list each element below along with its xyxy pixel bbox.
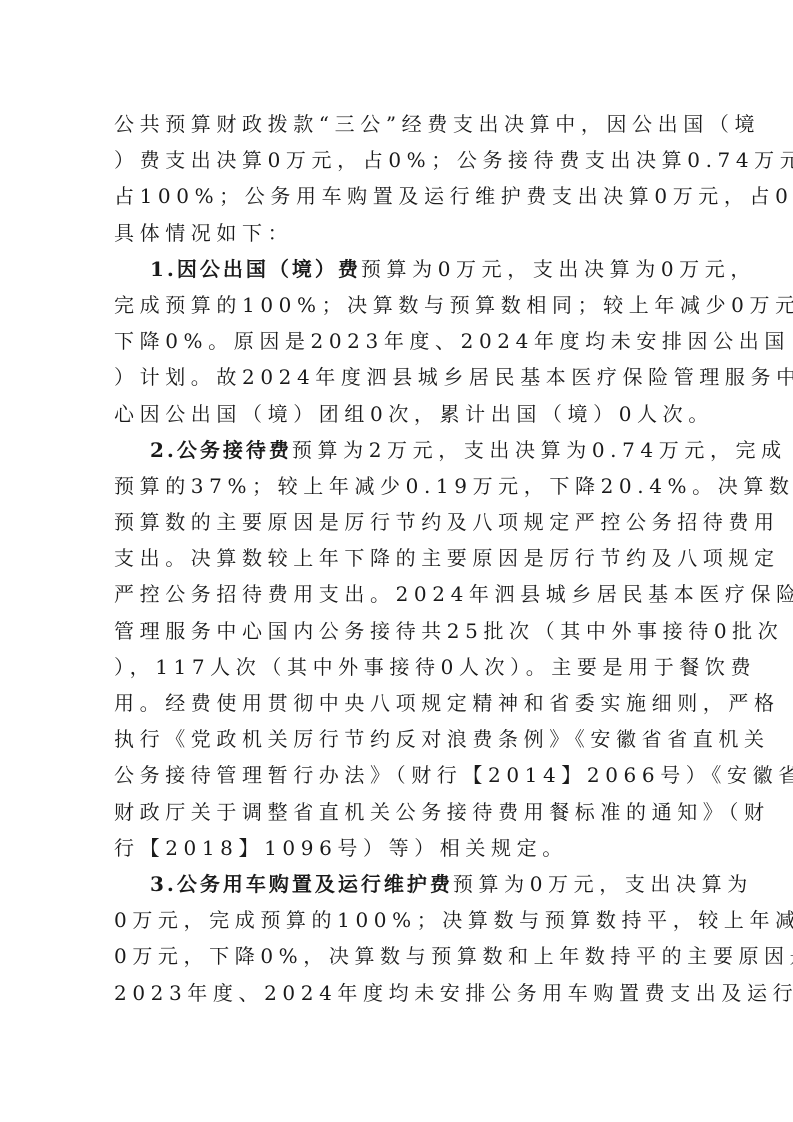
- intro-line-2: ）费支出决算0万元，占0%；公务接待费支出决算0.74万元，: [114, 142, 684, 178]
- section-3-line: 0万元，完成预算的100%；决算数与预算数持平，较上年减少: [114, 902, 684, 938]
- section-2-first-line: 2.公务接待费预算为2万元，支出决算为0.74万元，完成: [114, 432, 684, 468]
- section-2-line: 行【2018】1096号）等）相关规定。: [114, 830, 684, 866]
- section-1-first-line: 1.因公出国（境）费预算为0万元，支出决算为0万元，: [114, 251, 684, 287]
- section-1-line: ）计划。故2024年度泗县城乡居民基本医疗保险管理服务中: [114, 359, 684, 395]
- section-2-line: 管理服务中心国内公务接待共25批次（其中外事接待0批次: [114, 613, 684, 649]
- section-2-heading: 2.公务接待费: [150, 438, 292, 462]
- section-2-line: 预算数的主要原因是厉行节约及八项规定严控公务招待费用: [114, 504, 684, 540]
- section-2-line: 财政厅关于调整省直机关公务接待费用餐标准的通知》（财: [114, 794, 684, 830]
- intro-line-1: 公共预算财政拨款“三公”经费支出决算中，因公出国（境: [114, 106, 684, 142]
- section-2-first-line-text: 预算为2万元，支出决算为0.74万元，完成: [292, 438, 787, 462]
- section-2-line: 支出。决算数较上年下降的主要原因是厉行节约及八项规定: [114, 540, 684, 576]
- section-3-first-line-text: 预算为0万元，支出决算为: [453, 872, 753, 896]
- section-3-first-line: 3.公务用车购置及运行维护费预算为0万元，支出决算为: [114, 866, 684, 902]
- document-page: 公共预算财政拨款“三公”经费支出决算中，因公出国（境 ）费支出决算0万元，占0%…: [114, 106, 684, 1011]
- section-1-line: 完成预算的100%；决算数与预算数相同；较上年减少0万元，: [114, 287, 684, 323]
- section-2-line: 严控公务招待费用支出。2024年泗县城乡居民基本医疗保险: [114, 576, 684, 612]
- section-1-first-line-text: 预算为0万元，支出决算为0万元，: [361, 257, 756, 281]
- intro-line-4: 具体情况如下：: [114, 215, 684, 251]
- intro-line-3: 占100%；公务用车购置及运行维护费支出决算0万元，占0%。: [114, 178, 684, 214]
- section-2-line: 用。经费使用贯彻中央八项规定精神和省委实施细则，严格: [114, 685, 684, 721]
- section-1-line: 心因公出国（境）团组0次，累计出国（境）0人次。: [114, 396, 684, 432]
- section-1-heading: 1.因公出国（境）费: [150, 257, 361, 281]
- section-3-heading: 3.公务用车购置及运行维护费: [150, 872, 453, 896]
- section-3-line: 0万元，下降0%，决算数与预算数和上年数持平的主要原因是: [114, 938, 684, 974]
- section-2-line: ），117人次（其中外事接待0人次）。主要是用于餐饮费: [114, 649, 684, 685]
- section-2-line: 执行《党政机关厉行节约反对浪费条例》《安徽省省直机关: [114, 721, 684, 757]
- section-2-line: 预算的37%；较上年减少0.19万元，下降20.4%。决算数小于: [114, 468, 684, 504]
- section-2-line: 公务接待管理暂行办法》（财行【2014】2066号）《安徽省: [114, 757, 684, 793]
- section-1-line: 下降0%。原因是2023年度、2024年度均未安排因公出国（境: [114, 323, 684, 359]
- section-3-line: 2023年度、2024年度均未安排公务用车购置费支出及运行维: [114, 975, 684, 1011]
